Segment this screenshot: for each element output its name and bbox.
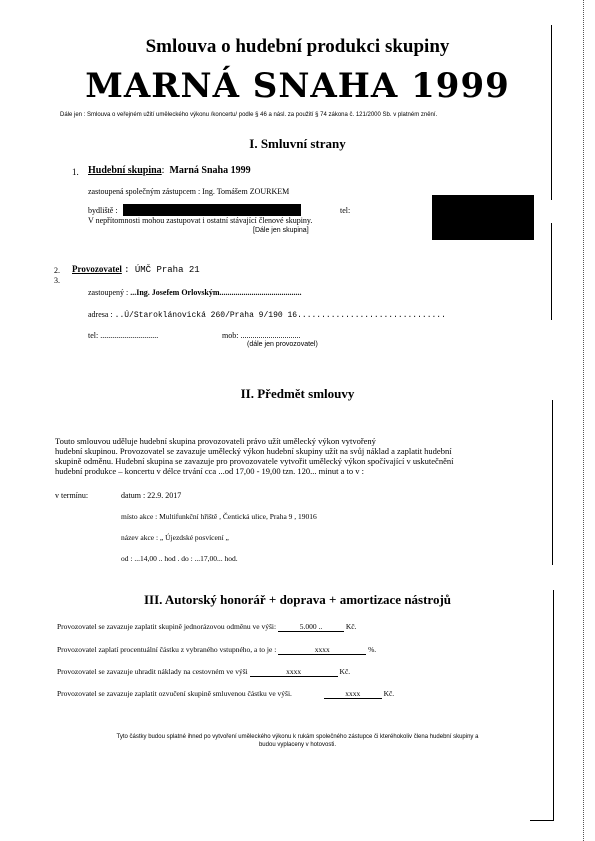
band-name-heading: MARNÁ SNAHA 1999: [0, 66, 595, 106]
fee-row: Provozovatel se zavazuje zaplatit skupin…: [57, 622, 356, 632]
party-1-representative: zastoupená společným zástupcem : Ing. To…: [88, 187, 289, 196]
fee-unit: Kč.: [346, 622, 357, 631]
scan-artifact-edge: [583, 0, 585, 841]
percentage-row: Provozovatel zaplatí procentuální částku…: [57, 645, 376, 655]
travel-value: xxxx: [250, 667, 338, 677]
scan-artifact-line: [551, 25, 552, 200]
sound-text: Provozovatel se zavazuje zaplatit ozvuče…: [57, 689, 292, 698]
paragraph-line: Touto smlouvou uděluje hudební skupina p…: [55, 436, 525, 446]
redacted-phone: [432, 195, 534, 240]
percentage-value: xxxx: [278, 645, 366, 655]
legal-note: Dále jen : Smlouva o veřejném užití uměl…: [60, 112, 437, 118]
party-2-address: adresa : ..Ú/Staroklánovická 260/Praha 9…: [88, 310, 446, 320]
scan-artifact-line: [552, 400, 553, 565]
party-1-absence-note: V nepřítomnosti mohou zastupovat i ostat…: [88, 216, 312, 225]
fee-text: Provozovatel se zavazuje zaplatit skupin…: [57, 622, 276, 631]
address-label: adresa :: [88, 310, 113, 319]
percentage-unit: %.: [368, 645, 376, 654]
sound-unit: Kč.: [384, 689, 395, 698]
party-2-label: Provozovatel: [72, 264, 122, 274]
representative-label: zastoupený :: [88, 288, 128, 297]
party-1-tel-label: tel:: [340, 206, 350, 215]
party-1-name: Marná Snaha 1999: [169, 165, 250, 176]
redacted-address: [123, 204, 301, 216]
event-date: datum : 22.9. 2017: [121, 491, 181, 500]
party-1-hereinafter: [Dále jen skupina]: [253, 227, 309, 234]
party-2-hereinafter: (dále jen provozovatel): [247, 341, 318, 348]
percentage-text: Provozovatel zaplatí procentuální částku…: [57, 645, 276, 654]
section-3-heading: III. Autorský honorář + doprava + amorti…: [0, 592, 595, 608]
document-title: Smlouva o hudební produkci skupiny: [0, 36, 595, 58]
subject-paragraph: Touto smlouvou uděluje hudební skupina p…: [55, 436, 525, 476]
sound-row: Provozovatel se zavazuje zaplatit ozvuče…: [57, 689, 394, 699]
scan-artifact-line: [551, 223, 552, 320]
section-1-heading: I. Smluvní strany: [0, 136, 595, 152]
term-label: v termínu:: [55, 491, 88, 500]
scan-artifact-line: [530, 820, 554, 821]
address-value: ..Ú/Staroklánovická 260/Praha 9/190 16..…: [115, 311, 446, 320]
travel-text: Provozovatel se zavazuje uhradit náklady…: [57, 667, 248, 676]
event-time: od : ...14,00 .. hod . do : ...17,00... …: [121, 554, 238, 563]
footer-line-2: budou vyplaceny v hotovosti.: [0, 742, 595, 748]
footer-line-1: Tyto částky budou splatné ihned po vytvo…: [0, 734, 595, 740]
party-1-address-label: bydliště :: [88, 206, 118, 215]
party-2-representative: zastoupený : ...Ing. Josefem Orlovským..…: [88, 288, 302, 297]
section-2-heading: II. Předmět smlouvy: [0, 386, 595, 402]
paragraph-line: hudební produkce – koncertu v délce trvá…: [55, 466, 525, 476]
party-2-name: : ÚMČ Praha 21: [124, 265, 200, 275]
event-place: místo akce : Multifunkční hřiště , Čenti…: [121, 512, 317, 521]
party-1-line: Hudební skupina: Marná Snaha 1999: [88, 165, 251, 176]
fee-value: 5.000 ..: [278, 622, 344, 632]
travel-unit: Kč.: [340, 667, 351, 676]
party-2-number: 2.: [54, 266, 60, 275]
travel-row: Provozovatel se zavazuje uhradit náklady…: [57, 667, 350, 677]
party-2-line: Provozovatel : ÚMČ Praha 21: [72, 264, 200, 275]
representative-value: ...Ing. Josefem Orlovským...............…: [130, 288, 301, 297]
scan-artifact-line: [553, 590, 554, 820]
paragraph-line: skupině odměnu. Hudební skupina se zavaz…: [55, 456, 525, 466]
party-1-label: Hudební skupina: [88, 165, 162, 176]
paragraph-line: hudební skupinou. Provozovatel se zavazu…: [55, 446, 525, 456]
sound-value: xxxx: [324, 689, 382, 699]
event-name: název akce : „ Újezdské posvícení „: [121, 533, 229, 542]
party-2-mob: mob: ..............................: [222, 331, 300, 340]
party-1-number: 1.: [72, 167, 79, 177]
party-2-number-alt: 3.: [54, 276, 60, 285]
party-2-tel: tel: .............................: [88, 331, 158, 340]
